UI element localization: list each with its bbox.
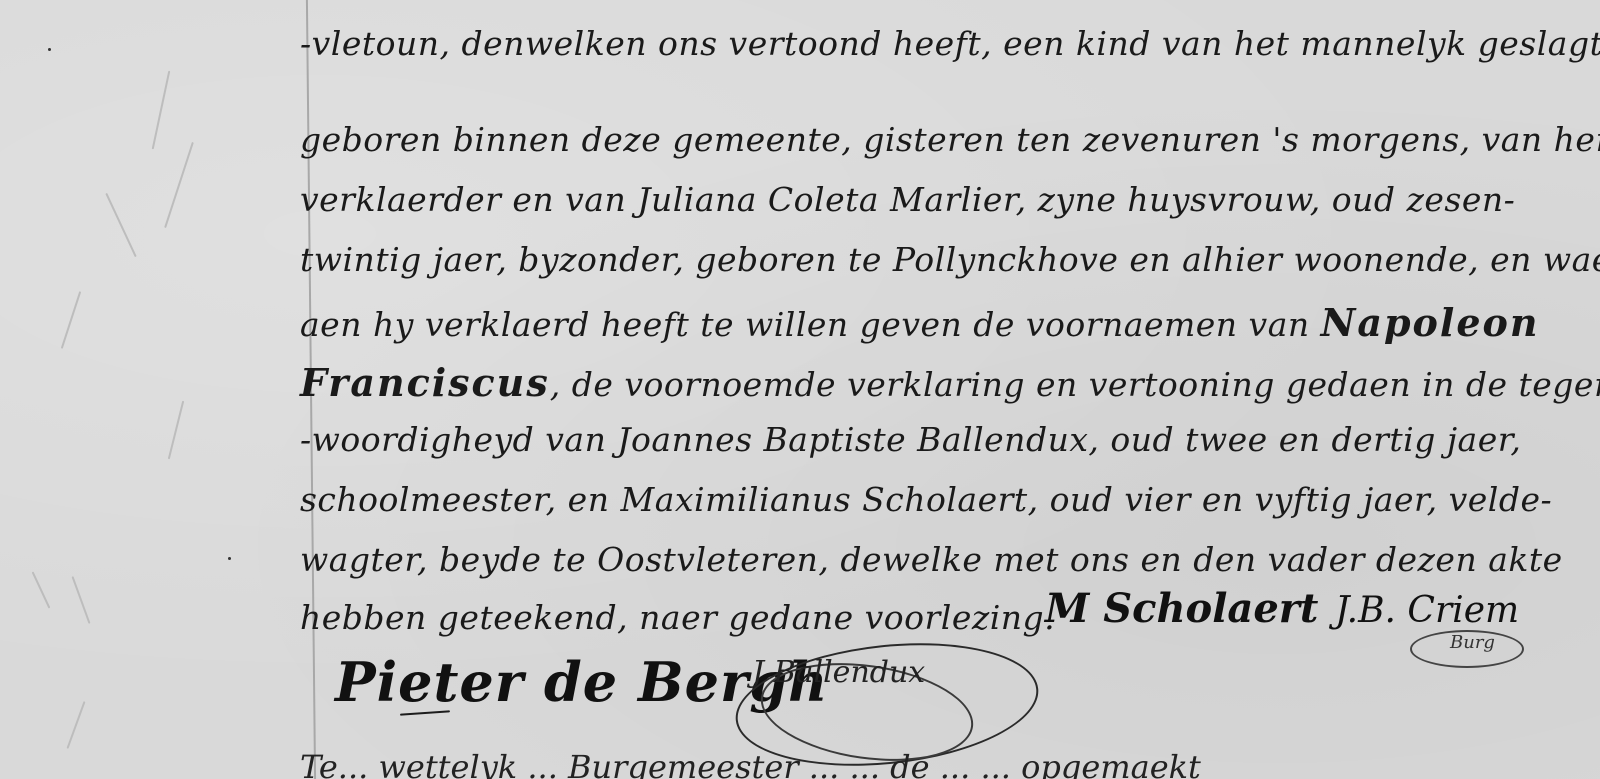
ink-speck xyxy=(48,48,51,51)
faint-pencil-mark xyxy=(105,193,136,257)
line-text: wagter, beyde te Oostvleteren, dewelke m… xyxy=(300,540,1563,579)
line-text: geboren binnen deze gemeente, gisteren t… xyxy=(300,120,1600,159)
left-margin xyxy=(0,0,308,779)
text-line-3: verklaerder en van Juliana Coleta Marlie… xyxy=(300,180,1515,219)
faint-pencil-mark xyxy=(67,701,86,749)
line-text: twintig jaer, byzonder, geboren te Polly… xyxy=(300,240,1600,279)
faint-pencil-mark xyxy=(164,142,194,228)
text-line-2: geboren binnen deze gemeente, gisteren t… xyxy=(300,120,1600,159)
text-line-8: schoolmeester, en Maximilianus Scholaert… xyxy=(300,480,1552,519)
line-text: schoolmeester, en Maximilianus Scholaert… xyxy=(300,480,1552,519)
scanned-document-page: -vletoun, denwelken ons vertoond heeft, … xyxy=(0,0,1600,779)
given-name-napoleon: Napoleon xyxy=(1321,300,1540,345)
faint-pencil-mark xyxy=(32,571,51,608)
text-line-4: twintig jaer, byzonder, geboren te Polly… xyxy=(300,240,1600,279)
signature-criem: J.B. Criem xyxy=(1335,590,1519,631)
text-line-6: Franciscus, de voornoemde verklaring en … xyxy=(300,360,1600,405)
text-line-5: aen hy verklaerd heeft te willen geven d… xyxy=(300,300,1539,345)
text-line-9: wagter, beyde te Oostvleteren, dewelke m… xyxy=(300,540,1563,579)
text-line-1: -vletoun, denwelken ons vertoond heeft, … xyxy=(300,24,1600,63)
partial-next-line: Te... wettelyk ... Burgemeester ... ... … xyxy=(300,748,1201,779)
line-text: , de voornoemde verklaring en vertooning… xyxy=(550,365,1600,404)
line-text: aen hy verklaerd heeft te willen geven d… xyxy=(300,305,1310,344)
line-text: verklaerder en van Juliana Coleta Marlie… xyxy=(300,180,1515,219)
line-text: -woordigheyd van Joannes Baptiste Ballen… xyxy=(300,420,1521,459)
faint-pencil-mark xyxy=(152,71,171,150)
faint-pencil-mark xyxy=(168,401,184,460)
line-text: hebben geteekend, naer gedane voorlezing… xyxy=(300,598,1055,637)
signature-title-burg: Burg xyxy=(1450,632,1495,653)
signature-scholaert: M Scholaert xyxy=(1045,585,1318,632)
text-line-7: -woordigheyd van Joannes Baptiste Ballen… xyxy=(300,420,1521,459)
faint-pencil-mark xyxy=(61,291,81,349)
text-line-10: hebben geteekend, naer gedane voorlezing… xyxy=(300,598,1055,637)
faint-pencil-mark xyxy=(72,576,91,624)
ink-speck xyxy=(228,557,231,560)
given-name-franciscus: Franciscus xyxy=(300,360,550,405)
signature-ballendux: J Ballendux xyxy=(752,655,925,690)
line-text: -vletoun, denwelken ons vertoond heeft, … xyxy=(300,24,1600,63)
